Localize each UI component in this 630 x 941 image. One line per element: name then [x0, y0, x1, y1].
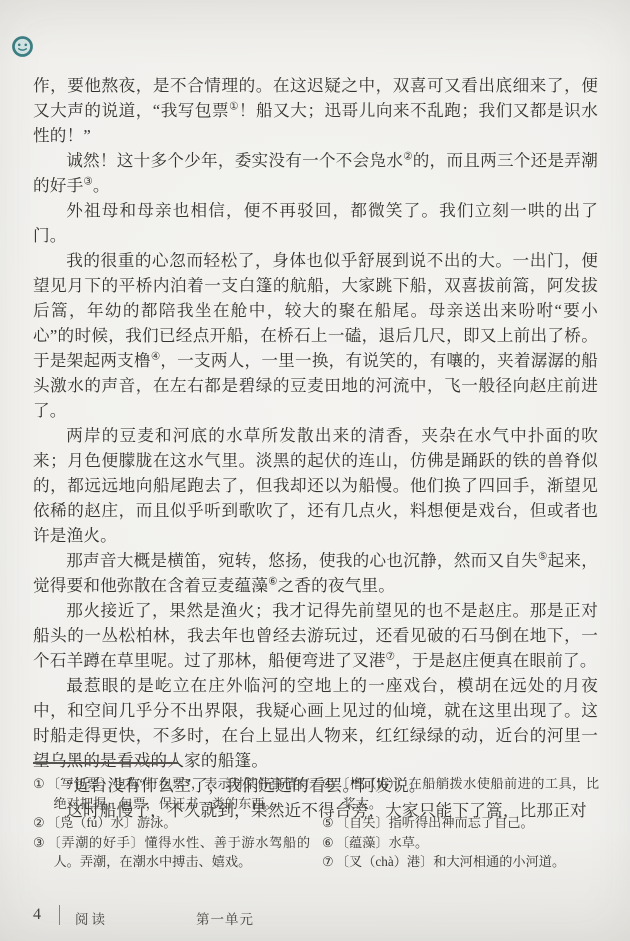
footnote-item: ⑦〔叉（chà）港〕和大河相通的小河道。	[322, 852, 599, 872]
footnote-ref: ④	[151, 351, 160, 362]
footnote-item: ⑥〔蕴藻〕水草。	[322, 833, 599, 853]
footnote-item: ④〔橹（lǔ）〕在船艄拨水使船前进的工具，比桨大。	[322, 774, 599, 813]
footnote-marker: ⑥	[322, 835, 334, 850]
footnote-item: ⑤〔自失〕指听得出神而忘了自己。	[322, 813, 599, 833]
body-paragraph: 那声音大概是横笛，宛转，悠扬，使我的心也沉静，然而又自失⑤起来，觉得要和他弥散在…	[33, 548, 598, 598]
body-paragraph: 那火接近了，果然是渔火；我才记得先前望见的也不是赵庄。那是正对船头的一丛松柏林，…	[33, 598, 598, 673]
footer-section-label: 阅读	[75, 908, 108, 928]
body-paragraph: 最惹眼的是屹立在庄外临河的空地上的一座戏台，模胡在远处的月夜中，和空间几乎分不出…	[33, 673, 598, 773]
body-paragraph: 外祖母和母亲也相信，便不再驳回，都微笑了。我们立刻一哄的出了门。	[33, 198, 598, 248]
footnote-marker: ①	[33, 776, 45, 791]
footnote-marker: ⑦	[322, 854, 334, 869]
footnote-marker: ④	[322, 776, 334, 791]
footnote-item: ③〔弄潮的好手〕懂得水性、善于游水驾船的人。弄潮，在潮水中搏击、嬉戏。	[33, 833, 310, 872]
footnotes-left-column: ①〔写包票〕也称“打包票”，表示对某件事情有绝对把握。包票，保证书一类的东西。②…	[33, 774, 310, 872]
footnotes-right-column: ④〔橹（lǔ）〕在船艄拨水使船前进的工具，比桨大。⑤〔自失〕指听得出神而忘了自己…	[322, 774, 599, 872]
body-paragraph: 我的很重的心忽而轻松了，身体也似乎舒展到说不出的大。一出门，便望见月下的平桥内泊…	[33, 248, 598, 423]
footnote-ref: ②	[403, 151, 412, 162]
body-text: 作，要他熬夜，是不合情理的。在这迟疑之中，双喜可又看出底细来了，便又大声的说道，…	[33, 73, 598, 823]
footnote-marker: ②	[33, 815, 45, 830]
footnote-ref: ①	[229, 101, 239, 112]
footnote-ref: ⑦	[386, 651, 395, 662]
footnote-ref: ⑤	[538, 551, 547, 562]
footer-divider	[59, 905, 60, 925]
footnote-ref: ⑥	[268, 576, 277, 587]
page-footer: 4 阅读 第一单元	[0, 903, 630, 933]
body-paragraph: 诚然！这十多个少年，委实没有一个不会凫水②的，而且两三个还是弄潮的好手③。	[33, 148, 598, 198]
footnote-item: ①〔写包票〕也称“打包票”，表示对某件事情有绝对把握。包票，保证书一类的东西。	[33, 774, 310, 813]
footnote-separator-rule	[33, 762, 178, 764]
body-paragraph: 两岸的豆麦和河底的水草所发散出来的清香，夹杂在水气中扑面的吹来；月色便朦胧在这水…	[33, 423, 598, 548]
page-number: 4	[33, 906, 41, 924]
footnote-item: ②〔凫（fú）水〕游泳。	[33, 813, 310, 833]
footnote-marker: ⑤	[322, 815, 334, 830]
footnote-ref: ③	[83, 176, 92, 187]
smiley-face-watermark-icon	[12, 36, 33, 57]
footnotes: ①〔写包票〕也称“打包票”，表示对某件事情有绝对把握。包票，保证书一类的东西。②…	[33, 774, 599, 872]
footnote-marker: ③	[33, 835, 46, 850]
body-paragraph: 作，要他熬夜，是不合情理的。在这迟疑之中，双喜可又看出底细来了，便又大声的说道，…	[33, 73, 598, 148]
footer-unit-label: 第一单元	[196, 908, 254, 928]
textbook-page: 作，要他熬夜，是不合情理的。在这迟疑之中，双喜可又看出底细来了，便又大声的说道，…	[0, 0, 630, 941]
